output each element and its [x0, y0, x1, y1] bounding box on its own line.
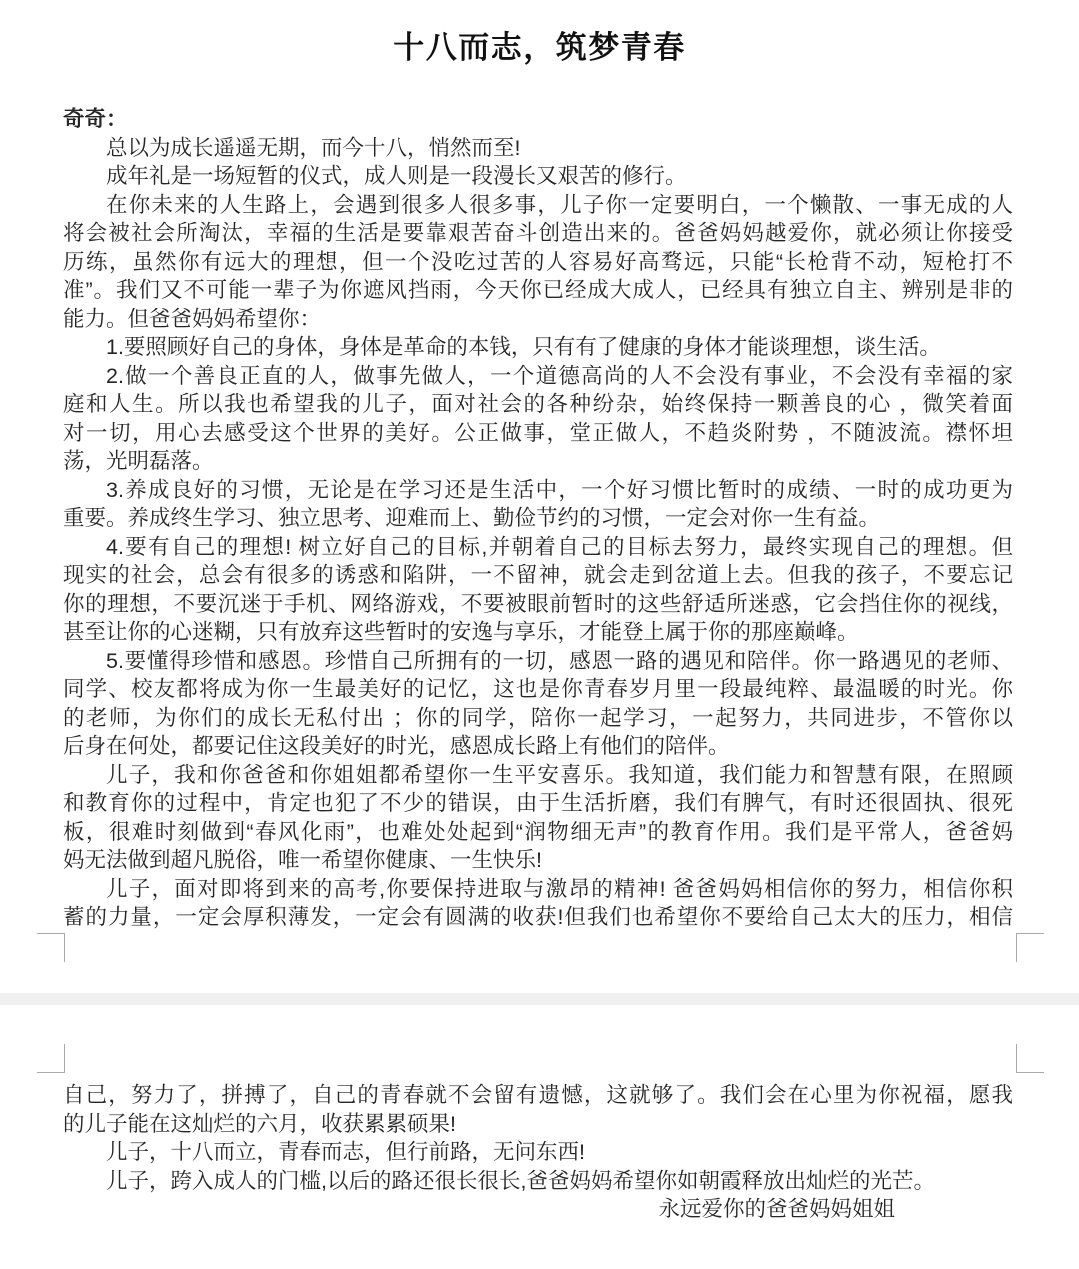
letter-line: 荡，光明磊落。	[63, 447, 1013, 476]
letter-line: 自己，努力了，拼搏了，自己的青春就不会留有遗憾，这就够了。我们会在心里为你祝福，…	[63, 1081, 1013, 1110]
letter-signature: 永远爱你的爸爸妈妈姐姐	[63, 1195, 1013, 1224]
letter-line: 儿子，我和你爸爸和你姐姐都希望你一生平安喜乐。我知道，我们能力和智慧有限，在照顾	[63, 761, 1013, 790]
letter-line: 2.做一个善良正直的人，做事先做人，一个道德高尚的人不会没有事业，不会没有幸福的…	[63, 362, 1013, 391]
letter-greeting: 奇奇：	[63, 105, 1013, 134]
letter-line: 板，很难时刻做到“春风化雨”，也难处处起到“润物细无声”的教育作用。我们是平常人…	[63, 818, 1013, 847]
page-separator	[0, 993, 1079, 1005]
page1-margin-mark-bottom-left	[37, 933, 65, 962]
letter-line: 成年礼是一场短暂的仪式，成人则是一段漫长又艰苦的修行。	[63, 162, 1013, 191]
letter-line: 3.养成良好的习惯，无论是在学习还是生活中，一个好习惯比暂时的成绩、一时的成功更…	[63, 476, 1013, 505]
letter-line: 儿子，跨入成人的门槛,以后的路还很长很长,爸爸妈妈希望你如朝霞释放出灿烂的光芒。	[63, 1167, 1013, 1196]
letter-line: 将会被社会所淘汰，幸福的生活是要靠艰苦奋斗创造出来的。爸爸妈妈越爱你，就必须让你…	[63, 219, 1013, 248]
letter-line: 1.要照顾好自己的身体，身体是革命的本钱，只有有了健康的身体才能谈理想，谈生活。	[63, 333, 1013, 362]
letter-line: 总以为成长遥遥无期，而今十八，悄然而至!	[63, 134, 1013, 163]
page1-margin-mark-bottom-right	[1016, 933, 1044, 962]
letter-line: 现实的社会，总会有很多的诱惑和陷阱，一不留神，就会走到岔道上去。但我的孩子，不要…	[63, 561, 1013, 590]
letter-line: 的老师，为你们的成长无私付出 ；你的同学，陪你一起学习，一起努力，共同进步，不管…	[63, 704, 1013, 733]
letter-line: 能力。但爸爸妈妈希望你：	[63, 305, 1013, 334]
letter-line: 儿子，十八而立，青春而志，但行前路，无问东西!	[63, 1138, 1013, 1167]
letter-line: 历练，虽然你有远大的理想，但一个没吃过苦的人容易好高骛远，只能“长枪背不动，短枪…	[63, 248, 1013, 277]
letter-line: 妈无法做到超凡脱俗，唯一希望你健康、一生快乐!	[63, 846, 1013, 875]
letter-line: 重要。养成终生学习、独立思考、迎难而上、勤俭节约的习惯，一定会对你一生有益。	[63, 504, 1013, 533]
page-2: 自己，努力了，拼搏了，自己的青春就不会留有遗憾，这就够了。我们会在心里为你祝福，…	[0, 1005, 1079, 1269]
letter-title: 十八而志，筑梦青春	[0, 22, 1079, 67]
letter-line: 5.要懂得珍惜和感恩。珍惜自己所拥有的一切，感恩一路的遇见和陪伴。你一路遇见的老…	[63, 647, 1013, 676]
page-1: 十八而志，筑梦青春 奇奇： 总以为成长遥遥无期，而今十八，悄然而至! 成年礼是一…	[0, 0, 1079, 993]
letter-line: 对一切，用心去感受这个世界的美好。公正做事，堂正做人，不趋炎附势 ，不随波流。襟…	[63, 419, 1013, 448]
letter-line: 同学、校友都将成为你一生最美好的记忆，这也是你青春岁月里一段最纯粹、最温暖的时光…	[63, 675, 1013, 704]
page2-margin-mark-top-right	[1016, 1044, 1044, 1073]
letter-line: 在你未来的人生路上，会遇到很多人很多事，儿子你一定要明白，一个懒散、一事无成的人	[63, 191, 1013, 220]
letter-line: 4.要有自己的理想! 树立好自己的目标,并朝着自己的目标去努力，最终实现自己的理…	[63, 533, 1013, 562]
page-1-text: 奇奇： 总以为成长遥遥无期，而今十八，悄然而至! 成年礼是一场短暂的仪式，成人则…	[63, 105, 1013, 932]
letter-line: 甚至让你的心迷糊，只有放弃这些暂时的安逸与享乐，才能登上属于你的那座巅峰。	[63, 618, 1013, 647]
letter-line: 准”。我们又不可能一辈子为你遮风挡雨，今天你已经成大成人，已经具有独立自主、辨别…	[63, 276, 1013, 305]
letter-line: 蓄的力量，一定会厚积薄发，一定会有圆满的收获!但我们也希望你不要给自己太大的压力…	[63, 903, 1013, 932]
page2-margin-mark-top-left	[37, 1044, 65, 1073]
letter-document: 十八而志，筑梦青春 奇奇： 总以为成长遥遥无期，而今十八，悄然而至! 成年礼是一…	[0, 0, 1079, 1269]
page-2-text: 自己，努力了，拼搏了，自己的青春就不会留有遗憾，这就够了。我们会在心里为你祝福，…	[63, 1081, 1013, 1224]
letter-line: 庭和人生。所以我也希望我的儿子，面对社会的各种纷杂，始终保持一颗善良的心 ，微笑…	[63, 390, 1013, 419]
letter-line: 后身在何处，都要记住这段美好的时光，感恩成长路上有他们的陪伴。	[63, 732, 1013, 761]
letter-line: 和教育你的过程中，肯定也犯了不少的错误，由于生活折磨，我们有脾气，有时还很固执、…	[63, 789, 1013, 818]
letter-line: 儿子，面对即将到来的高考,你要保持进取与激昂的精神! 爸爸妈妈相信你的努力，相信…	[63, 875, 1013, 904]
letter-line: 的儿子能在这灿烂的六月，收获累累硕果!	[63, 1110, 1013, 1139]
letter-line: 你的理想，不要沉迷于手机、网络游戏，不要被眼前暂时的这些舒适所迷惑，它会挡住你的…	[63, 590, 1013, 619]
